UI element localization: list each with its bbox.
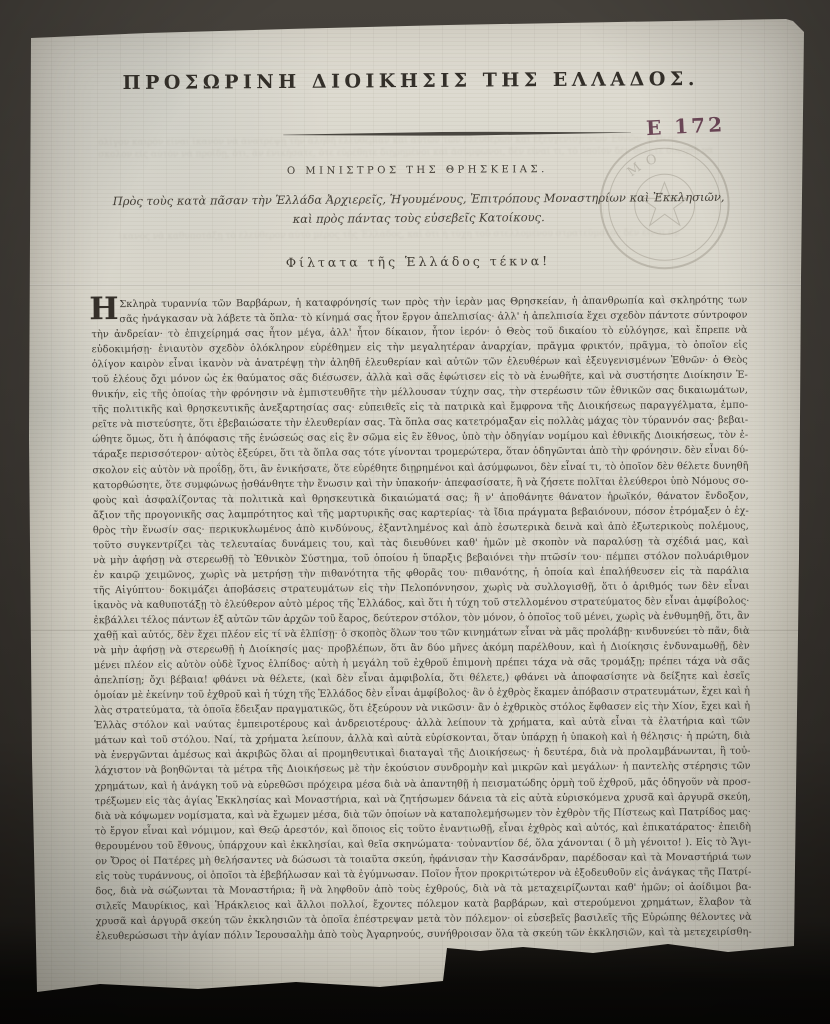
document-page: ὀλίγον καιρὸν εἶναι ἱκανὸν νὰ ἀνατρέψῃ τ… xyxy=(28,18,806,994)
body-text: Η Σκληρὰ τυραννία τῶν Βαρβάρων, ἡ καταφρ… xyxy=(91,293,752,945)
address-lines: Πρὸς τοὺς κατὰ πᾶσαν τὴν Ἑλλάδα Ἀρχιερεῖ… xyxy=(89,188,749,231)
swelled-rule xyxy=(283,131,631,137)
body-line: ἐλευθερώσωσι τὴν ἁγίαν πόλιν Ἱερουσαλὴμ … xyxy=(96,925,752,945)
drop-cap: Η xyxy=(89,294,119,325)
photo-backdrop: ὀλίγον καιρὸν εἶναι ἱκανὸν νὰ ἀνατρέψῃ τ… xyxy=(0,0,830,1024)
printed-content: ὀλίγον καιρὸν εἶναι ἱκανὸν νὰ ἀνατρέψῃ τ… xyxy=(27,15,812,996)
body-lines: Σκληρὰ τυραννία τῶν Βαρβάρων, ἡ καταφρόν… xyxy=(91,293,752,945)
page-title: ΠΡΟΣΩΡΙΝΗ ΔΙΟΙΚΗΣΙΣ ΤΗΣ ΕΛΛΑΔΟΣ. xyxy=(22,67,800,94)
